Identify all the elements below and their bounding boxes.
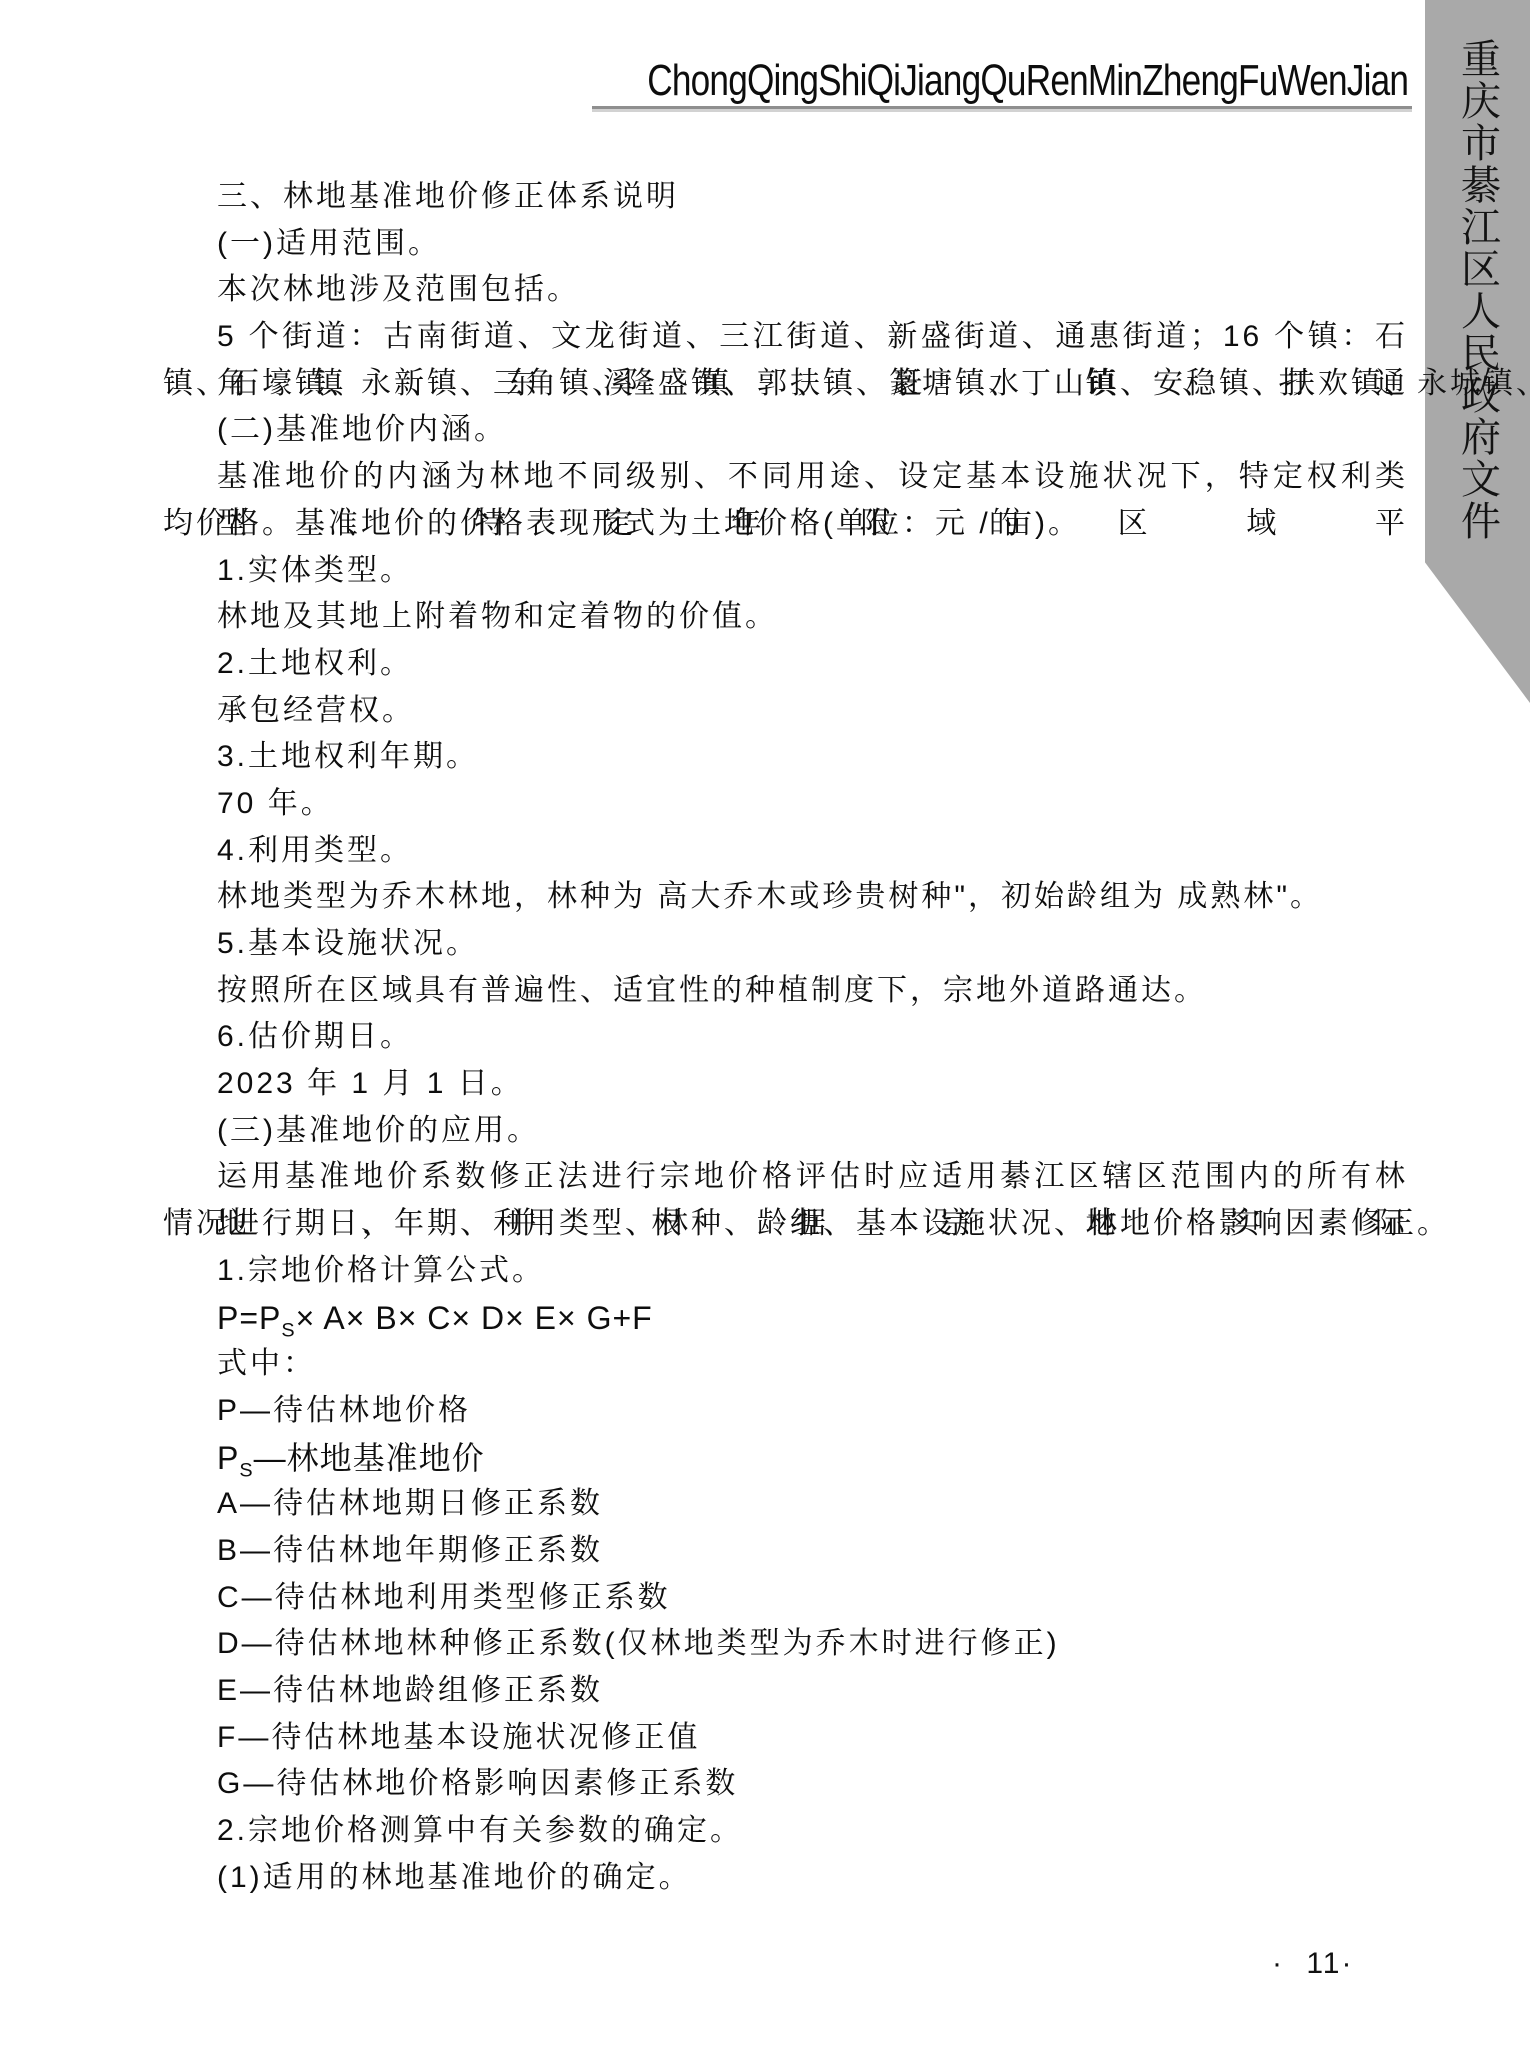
document-line: 1.实体类型。 xyxy=(163,548,1408,595)
document-line: 70 年。 xyxy=(163,781,1408,828)
formula-lead: P=P xyxy=(217,1300,281,1336)
document-line: 本次林地涉及范围包括。 xyxy=(163,267,1408,314)
header-rule xyxy=(592,106,1412,109)
document-line: 林地及其地上附着物和定着物的价值。 xyxy=(163,594,1408,641)
header-title: ChongQingShiQiJiangQuRenMinZhengFuWenJia… xyxy=(647,56,1408,106)
document-line: 情况进行期日、年期、利用类型、林种、龄组、基本设施状况、林地价格影响因素修正。 xyxy=(163,1201,1408,1248)
document-line: PS—林地基准地价 xyxy=(163,1435,1408,1482)
formula-subscript: S xyxy=(239,1459,253,1481)
document-line: G—待估林地价格影响因素修正系数 xyxy=(163,1761,1408,1808)
formula-lead: P xyxy=(217,1440,239,1476)
document-line: (三)基准地价的应用。 xyxy=(163,1108,1408,1155)
document-line: F—待估林地基本设施状况修正值 xyxy=(163,1715,1408,1762)
document-line: 式中： xyxy=(163,1341,1408,1388)
page-number: · 11· xyxy=(1272,1947,1353,1981)
formula-subscript: S xyxy=(281,1319,295,1341)
document-line: 2.土地权利。 xyxy=(163,641,1408,688)
document-line: D—待估林地林种修正系数(仅林地类型为乔木时进行修正) xyxy=(163,1621,1408,1668)
document-line: P=PS× A× B× C× D× E× G+F xyxy=(163,1295,1408,1342)
document-line: (一)适用范围。 xyxy=(163,221,1408,268)
document-line: 林地类型为乔木林地，林种为 高大乔木或珍贵树种"，初始龄组为 成熟林"。 xyxy=(163,874,1408,921)
document-line: B—待估林地年期修正系数 xyxy=(163,1528,1408,1575)
document-line: 三、林地基准地价修正体系说明 xyxy=(163,174,1408,221)
document-body: 三、林地基准地价修正体系说明(一)适用范围。本次林地涉及范围包括。5 个街道：古… xyxy=(163,174,1408,1901)
document-line: 按照所在区域具有普遍性、适宜性的种植制度下，宗地外道路通达。 xyxy=(163,968,1408,1015)
document-line: 5.基本设施状况。 xyxy=(163,921,1408,968)
sidebar-vertical-title: 重庆市綦江区人民政府文件 xyxy=(1458,38,1498,542)
formula-tail: —林地基准地价 xyxy=(254,1440,485,1476)
document-line: (1)适用的林地基准地价的确定。 xyxy=(163,1855,1408,1902)
document-line: 基准地价的内涵为林地不同级别、不同用途、设定基本设施状况下，特定权利类型、特定年… xyxy=(163,454,1408,501)
document-line: P—待估林地价格 xyxy=(163,1388,1408,1435)
document-line: 3.土地权利年期。 xyxy=(163,734,1408,781)
document-line: 2023 年 1 月 1 日。 xyxy=(163,1061,1408,1108)
document-line: 2.宗地价格测算中有关参数的确定。 xyxy=(163,1808,1408,1855)
document-line: 承包经营权。 xyxy=(163,688,1408,735)
formula-tail: × A× B× C× D× E× G+F xyxy=(296,1300,653,1336)
page: ChongQingShiQiJiangQuRenMinZhengFuWenJia… xyxy=(0,0,1530,2062)
document-line: 1.宗地价格计算公式。 xyxy=(163,1248,1408,1295)
sidebar-banner: 重庆市綦江区人民政府文件 xyxy=(1425,0,1530,703)
document-line: 运用基准地价系数修正法进行宗地价格评估时应适用綦江区辖区范围内的所有林地，并根据… xyxy=(163,1154,1408,1201)
document-line: 镇、石壕镇、永新镇、三角镇、隆盛镇、郭扶镇、篆塘镇、丁山镇、安稳镇、扶欢镇、永城… xyxy=(163,361,1408,408)
document-line: C—待估林地利用类型修正系数 xyxy=(163,1575,1408,1622)
document-line: (二)基准地价内涵。 xyxy=(163,407,1408,454)
document-line: A—待估林地期日修正系数 xyxy=(163,1481,1408,1528)
document-line: E—待估林地龄组修正系数 xyxy=(163,1668,1408,1715)
document-line: 5 个街道：古南街道、文龙街道、三江街道、新盛街道、通惠街道；16 个镇：石角镇… xyxy=(163,314,1408,361)
document-line: 6.估价期日。 xyxy=(163,1014,1408,1061)
document-line: 4.利用类型。 xyxy=(163,828,1408,875)
